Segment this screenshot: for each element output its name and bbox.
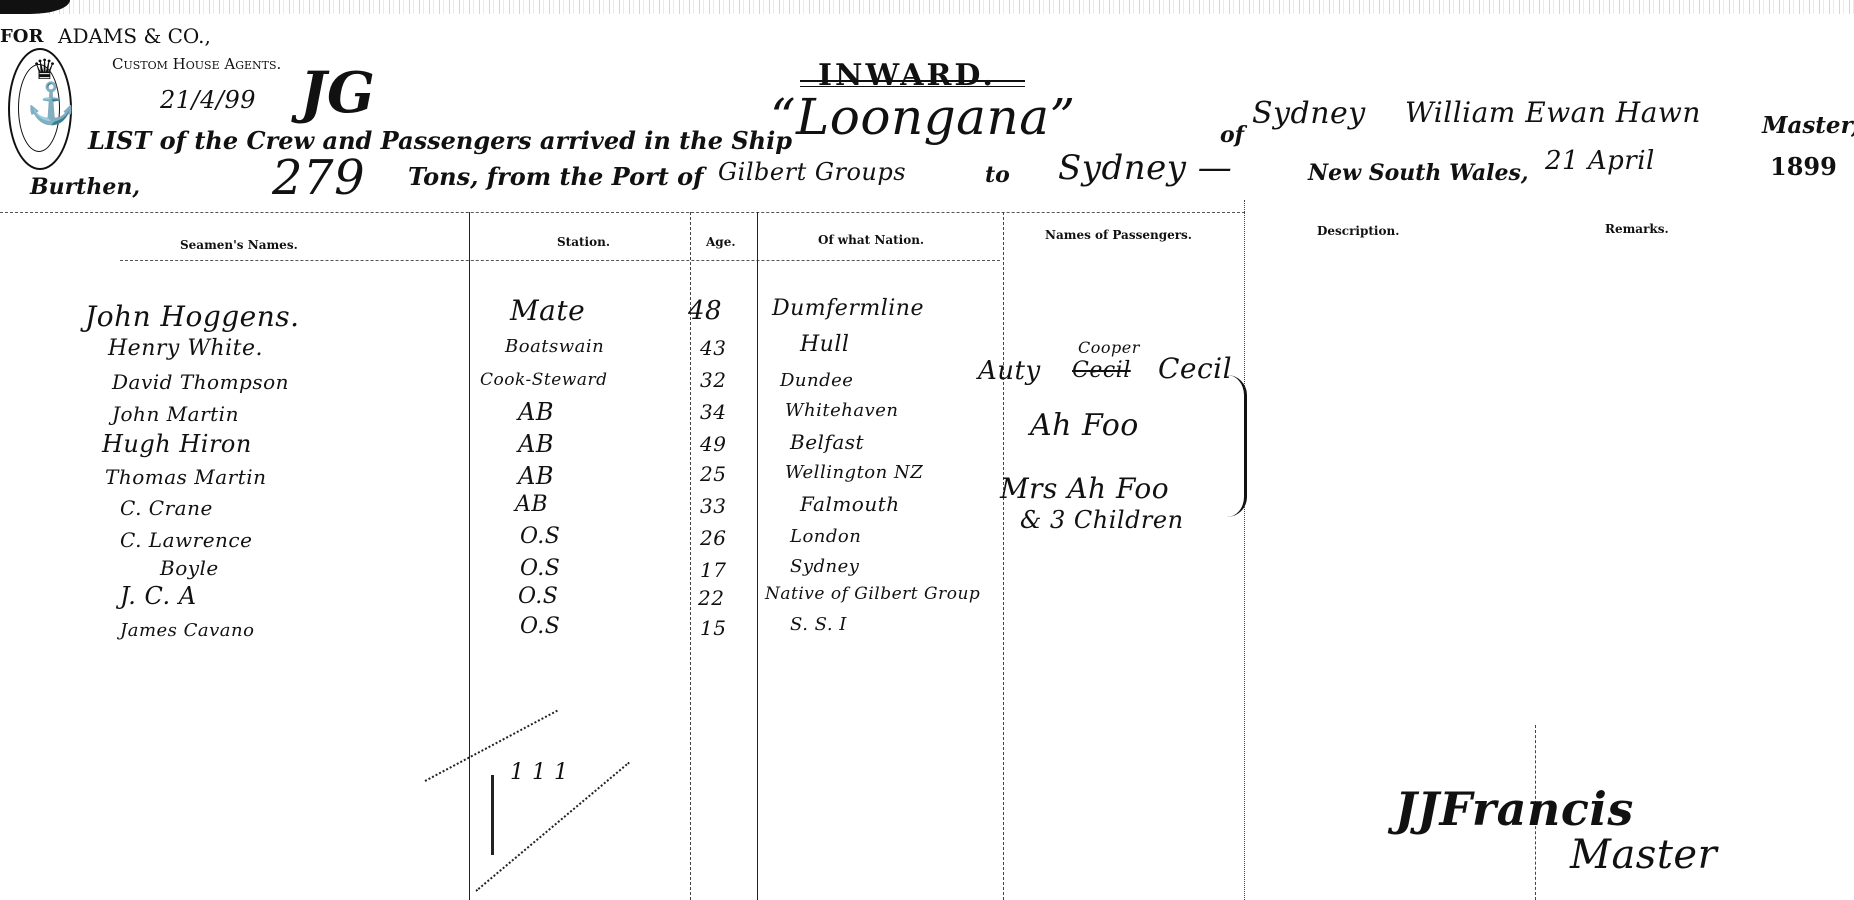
header-seamen-names: Seamen's Names. xyxy=(180,238,298,252)
seaman-station: AB xyxy=(518,462,554,490)
seaman-name: James Cavano xyxy=(120,620,254,641)
shipping-masters-seal: ♛ ⚓ xyxy=(8,48,72,170)
seaman-station: Boatswain xyxy=(505,336,604,357)
col-divider-nation xyxy=(757,212,758,900)
col-divider-station xyxy=(469,212,470,900)
seaman-age: 34 xyxy=(700,400,726,424)
stamp-marks: 1 1 1 xyxy=(510,760,568,785)
list-title: LIST of the Crew and Passengers arrived … xyxy=(88,126,792,155)
header-description: Description. xyxy=(1317,224,1399,238)
seaman-nation: Dumfermline xyxy=(772,296,924,321)
seaman-name: Hugh Hiron xyxy=(102,430,252,458)
seaman-age: 25 xyxy=(700,462,726,486)
col-divider-description xyxy=(1244,200,1245,900)
seaman-name: Thomas Martin xyxy=(105,465,267,489)
master-signature: JJFrancis xyxy=(1395,782,1634,836)
seaman-name: C. Crane xyxy=(120,496,213,520)
seaman-name: C. Lawrence xyxy=(120,528,252,552)
tons-label: Tons, from the Port of xyxy=(408,162,704,191)
table-header-rule xyxy=(120,260,1000,261)
passenger-group-brace xyxy=(1222,375,1247,517)
seaman-station: O.S xyxy=(520,524,560,549)
seaman-nation: Sydney xyxy=(790,556,859,577)
passenger-row: & 3 Children xyxy=(1020,506,1184,534)
seaman-age: 32 xyxy=(700,368,726,392)
handwritten-date: 21/4/99 xyxy=(160,86,256,114)
ship-name: “Loongana” xyxy=(770,88,1076,146)
header-remarks: Remarks. xyxy=(1605,222,1669,236)
passenger-row: Mrs Ah Foo xyxy=(1000,472,1169,505)
header-passengers: Names of Passengers. xyxy=(1045,228,1192,242)
seaman-age: 22 xyxy=(698,586,724,610)
seaman-nation: Wellington NZ xyxy=(785,462,923,483)
seaman-station: AB xyxy=(518,430,554,458)
seaman-station: AB xyxy=(518,398,554,426)
seaman-station: O.S xyxy=(518,584,558,609)
seaman-age: 49 xyxy=(700,432,726,456)
seaman-nation: S. S. I xyxy=(790,614,847,635)
seaman-age: 15 xyxy=(700,616,726,640)
header-station: Station. xyxy=(557,235,610,249)
handwritten-initials: JG xyxy=(300,60,375,126)
heading-rule xyxy=(800,80,1025,87)
header-age: Age. xyxy=(706,235,736,249)
stamp-vertical-mark xyxy=(491,775,494,855)
seaman-station: AB xyxy=(515,492,548,517)
of-port: Sydney xyxy=(1252,96,1366,131)
company-subtitle: Custom House Agents. xyxy=(112,55,281,73)
seaman-nation: Dundee xyxy=(780,370,853,391)
anchor-icon: ⚓ xyxy=(26,84,76,124)
header-nation: Of what Nation. xyxy=(818,233,924,247)
company-prefix: FOR xyxy=(0,26,43,47)
passenger-correction: Cooper xyxy=(1078,338,1140,357)
seaman-nation: Falmouth xyxy=(800,492,900,516)
state-label: New South Wales, xyxy=(1308,160,1529,186)
master-name: William Ewan Hawn xyxy=(1405,96,1701,129)
seaman-name: Boyle xyxy=(160,556,219,580)
seaman-name: J. C. A xyxy=(120,582,197,610)
seaman-nation: Native of Gilbert Group xyxy=(765,584,980,604)
seaman-name: John Hoggens. xyxy=(85,300,300,333)
seaman-age: 48 xyxy=(688,296,722,326)
seaman-nation: Hull xyxy=(800,332,849,357)
year: 1899 xyxy=(1770,152,1837,181)
burthen-value: 279 xyxy=(272,150,365,206)
seaman-nation: Belfast xyxy=(790,430,864,454)
seaman-age: 26 xyxy=(700,526,726,550)
passenger-row: Ah Foo xyxy=(1030,408,1139,443)
crown-icon: ♛ xyxy=(32,56,57,84)
master-label: Master, xyxy=(1762,112,1854,139)
to-label: to xyxy=(985,162,1010,188)
seaman-station: Mate xyxy=(510,294,585,327)
seaman-station: O.S xyxy=(520,556,560,581)
from-port: Gilbert Groups xyxy=(718,158,906,186)
to-port: Sydney — xyxy=(1058,148,1232,188)
company-name: ADAMS & CO., xyxy=(58,24,211,48)
seaman-name: John Martin xyxy=(112,402,239,426)
table-top-rule xyxy=(0,212,1245,213)
arrival-date: 21 April xyxy=(1545,146,1655,176)
seaman-station: O.S xyxy=(520,614,560,639)
of-label: of xyxy=(1220,122,1244,148)
passenger-struck-name: Cecil xyxy=(1072,358,1131,383)
seaman-age: 17 xyxy=(700,558,726,582)
seaman-name: Henry White. xyxy=(108,336,263,361)
seaman-age: 33 xyxy=(700,494,726,518)
seaman-nation: London xyxy=(790,526,861,547)
scan-top-edge xyxy=(0,0,1854,14)
seaman-name: David Thompson xyxy=(112,370,289,394)
passenger-prefix: Auty xyxy=(978,356,1041,386)
seaman-station: Cook-Steward xyxy=(480,370,607,390)
seaman-nation: Whitehaven xyxy=(785,400,898,421)
seaman-age: 43 xyxy=(700,336,726,360)
burthen-label: Burthen, xyxy=(30,174,140,200)
signature-title: Master xyxy=(1570,832,1717,878)
passenger-name: Cecil xyxy=(1158,352,1232,385)
col-divider-passengers xyxy=(1003,212,1004,900)
